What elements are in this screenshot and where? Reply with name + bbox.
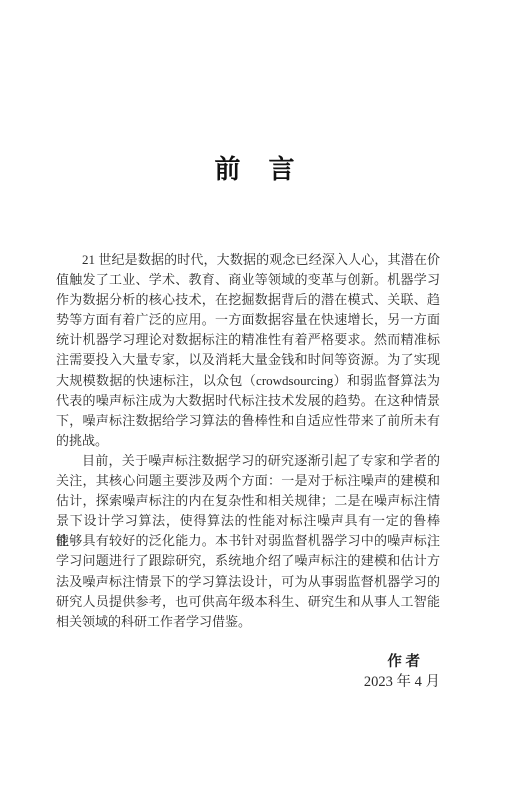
body-line: 值触发了工业、学术、教育、商业等领域的变革与创新。机器学习 (56, 270, 440, 290)
body-line: 学习问题进行了跟踪研究，系统地介绍了噪声标注的建模和估计方 (56, 551, 440, 571)
body-line: 研究人员提供参考，也可供高年级本科生、研究生和从事人工智能 (56, 592, 440, 612)
body-line: 目前，关于噪声标注数据学习的研究逐渐引起了专家和学者的 (56, 451, 440, 471)
body-line: 的挑战。 (56, 431, 440, 451)
signature-date: 2023 年 4 月 (56, 672, 440, 692)
body-line: 代表的噪声标注成为大数据时代标注技术发展的趋势。在这种情景 (56, 391, 440, 411)
body-line: 统计机器学习理论对数据标注的精准性有着严格要求。然而精准标 (56, 330, 440, 350)
body-line: 相关领域的科研工作者学习借鉴。 (56, 612, 440, 632)
body-line: 下，噪声标注数据给学习算法的鲁棒性和自适应性带来了前所未有 (56, 411, 440, 431)
body-line: 能够具有较好的泛化能力。本书针对弱监督机器学习中的噪声标注 (56, 531, 440, 551)
body-line: 大规模数据的快速标注，以众包（crowdsourcing）和弱监督算法为 (56, 371, 440, 391)
body-line: 法及噪声标注情景下的学习算法设计，可为从事弱监督机器学习的 (56, 572, 440, 592)
page-title: 前 言 (0, 156, 510, 185)
preface-page: 前 言 21 世纪是数据的时代，大数据的观念已经深入人心，其潜在价 值触发了工业… (0, 0, 510, 800)
body-line: 注需要投入大量专家，以及消耗大量金钱和时间等资源。为了实现 (56, 350, 440, 370)
body-line: 21 世纪是数据的时代，大数据的观念已经深入人心，其潜在价 (56, 250, 440, 270)
body-line: 景下设计学习算法，使得算法的性能对标注噪声具有一定的鲁棒性， (56, 511, 440, 531)
body-text: 21 世纪是数据的时代，大数据的观念已经深入人心，其潜在价 值触发了工业、学术、… (56, 250, 440, 692)
body-line: 估计，探索噪声标注的内在复杂性和相关规律；二是在噪声标注情 (56, 491, 440, 511)
body-line: 作为数据分析的核心技术，在挖掘数据背后的潜在模式、关联、趋 (56, 290, 440, 310)
paragraph-2: 目前，关于噪声标注数据学习的研究逐渐引起了专家和学者的 关注，其核心问题主要涉及… (56, 451, 440, 632)
body-line: 关注，其核心问题主要涉及两个方面：一是对于标注噪声的建模和 (56, 471, 440, 491)
signature-gap (56, 632, 440, 652)
body-line: 势等方面有着广泛的应用。一方面数据容量在快速增长，另一方面 (56, 310, 440, 330)
signature-author: 作 者 (56, 652, 440, 672)
paragraph-1: 21 世纪是数据的时代，大数据的观念已经深入人心，其潜在价 值触发了工业、学术、… (56, 250, 440, 451)
